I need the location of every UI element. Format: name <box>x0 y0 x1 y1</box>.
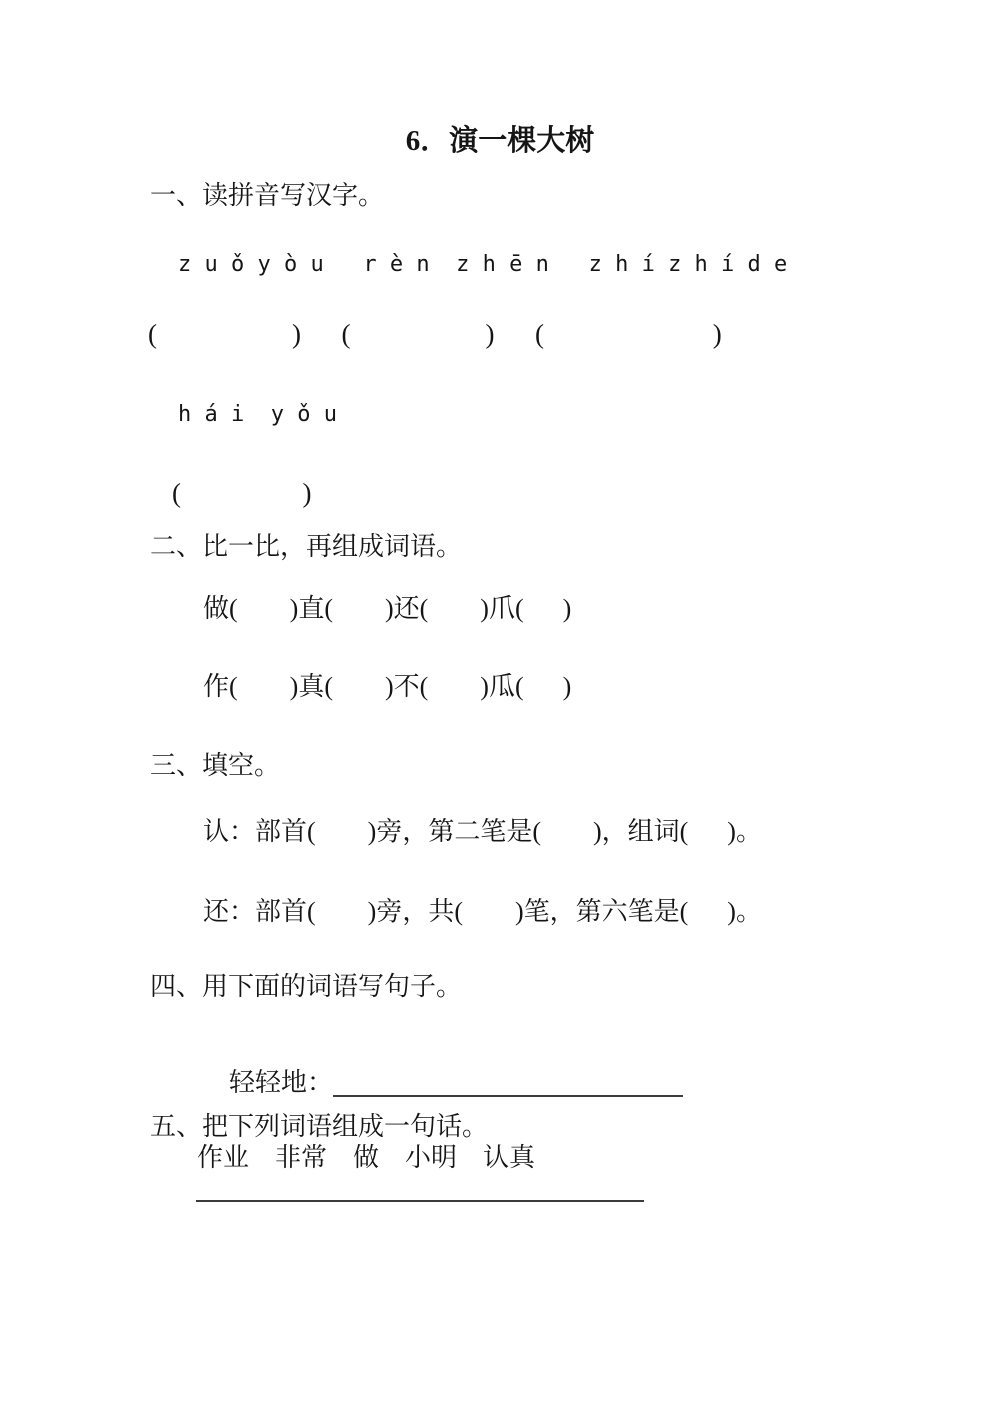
section5-header: 五、把下列词语组成一句话。 <box>150 1111 488 1142</box>
section5-answer-blank <box>196 1200 644 1202</box>
section4-answer-blank <box>333 1071 683 1097</box>
worksheet-title: 6．演一棵大树 <box>0 124 1000 159</box>
section1-answer-parens-row1: ( ) ( ) ( ) <box>148 318 722 350</box>
section5-word-bank: 作业 非常 做 小明 认真 <box>197 1142 535 1173</box>
section3-fill-row1: 认：部首( )旁，第二笔是( )，组词( )。 <box>203 816 762 847</box>
section1-pinyin-row1: z u ǒ y ò u r è n z h ē n z h í z h í d … <box>178 252 787 278</box>
section2-header: 二、比一比，再组成词语。 <box>150 531 462 562</box>
section2-compare-row2: 作( )真( )不( )瓜( ) <box>203 671 571 702</box>
section1-pinyin-row2: h á i y ǒ u <box>178 402 337 428</box>
section4-prompt: 轻轻地： <box>229 1068 333 1097</box>
section2-compare-row1: 做( )直( )还( )爪( ) <box>203 593 571 624</box>
section3-fill-row2: 还：部首( )旁，共( )笔，第六笔是( )。 <box>203 896 762 927</box>
section1-header: 一、读拼音写汉字。 <box>150 180 384 211</box>
section3-header: 三、填空。 <box>150 750 280 781</box>
worksheet-page: 6．演一棵大树 一、读拼音写汉字。 z u ǒ y ò u r è n z h … <box>0 0 1000 1415</box>
section4-header: 四、用下面的词语写句子。 <box>150 971 462 1002</box>
section1-answer-parens-row2: ( ) <box>172 477 311 509</box>
